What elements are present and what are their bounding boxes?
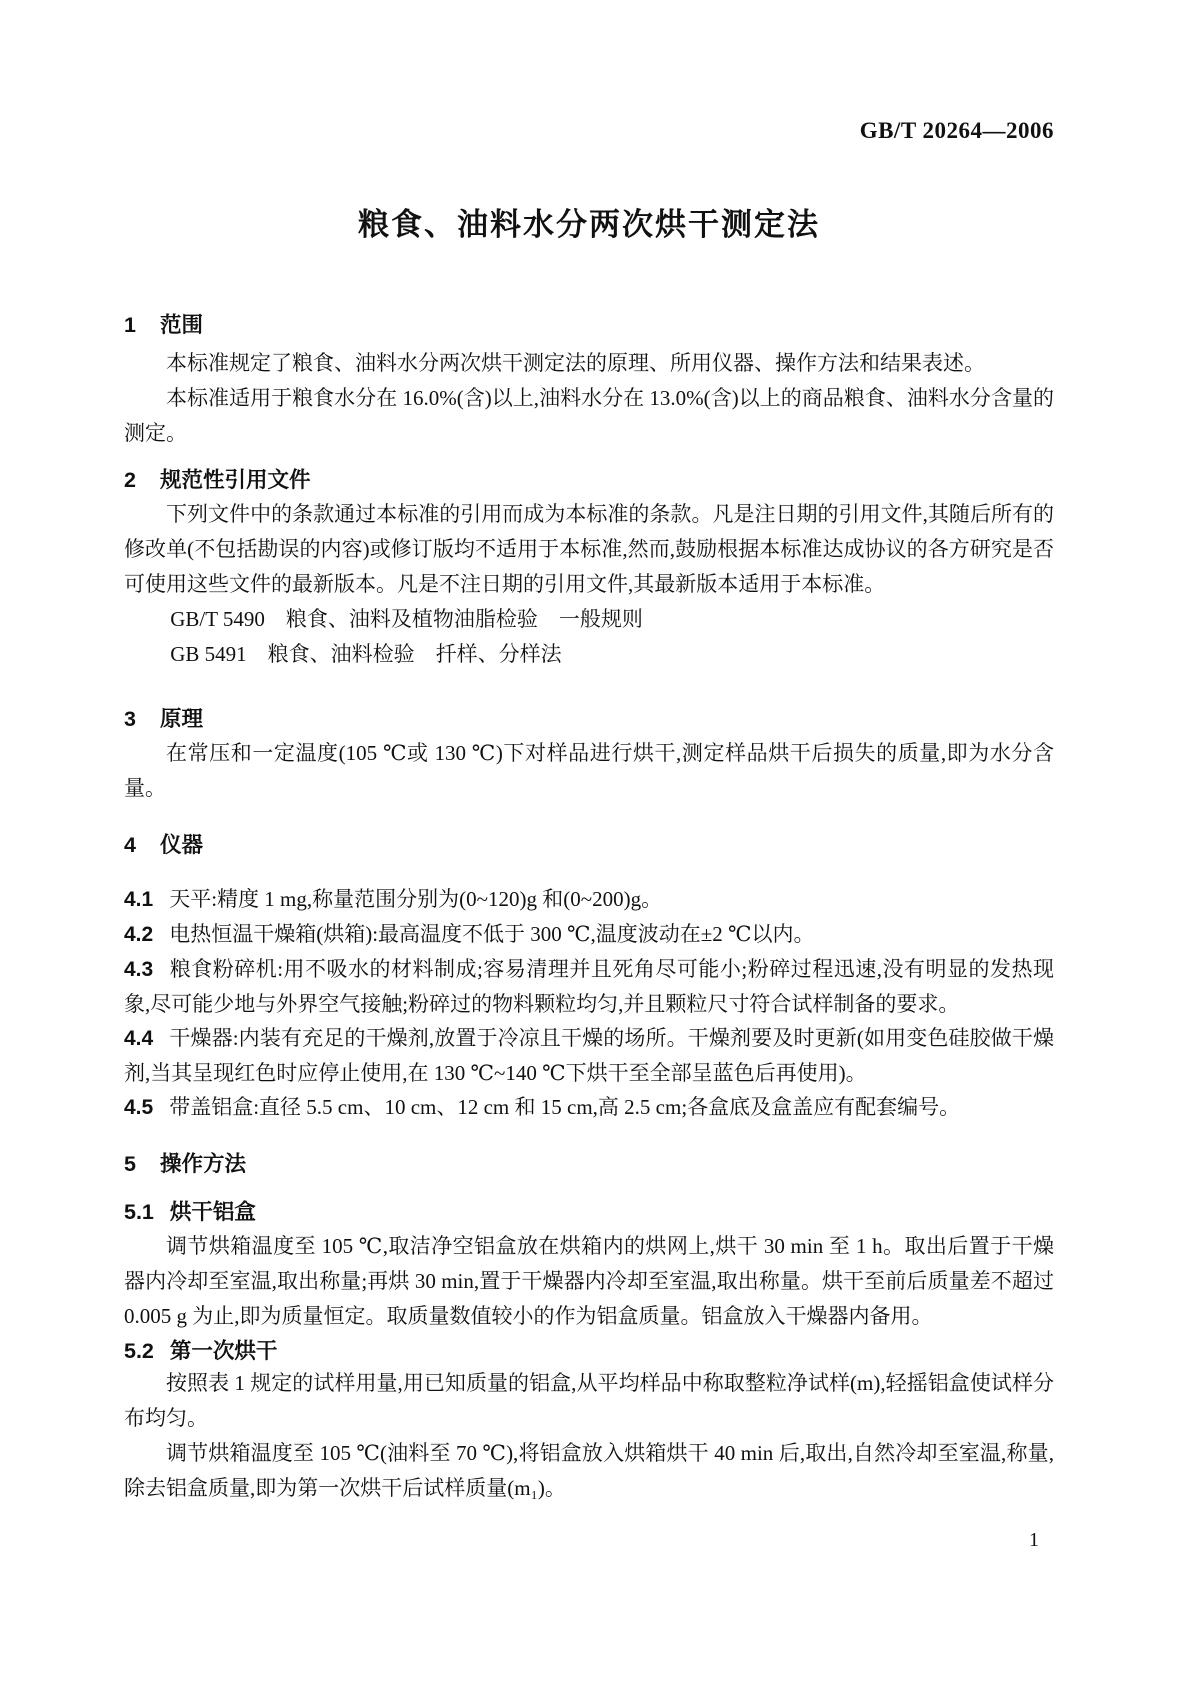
clause-4-4-text: 干燥器:内装有充足的干燥剂,放置于冷凉且干燥的场所。干燥剂要及时更新(如用变色硅… [124,1026,1054,1085]
clause-4-4: 4.4干燥器:内装有充足的干燥剂,放置于冷凉且干燥的场所。干燥剂要及时更新(如用… [124,1021,1054,1090]
clause-4-4-number: 4.4 [124,1027,153,1050]
section-1-number: 1 [124,310,138,340]
section-5-heading: 5操作方法 [124,1149,1054,1179]
subsection-5-2-paragraph-2: 调节烘箱温度至 105 ℃(油料至 70 ℃),将铝盒放入烘箱烘干 40 min… [124,1436,1054,1506]
clause-4-5: 4.5带盖铝盒:直径 5.5 cm、10 cm、12 cm 和 15 cm,高 … [124,1090,1054,1125]
clause-4-1-number: 4.1 [124,888,153,911]
section-3-number: 3 [124,704,138,734]
reference-item-1: GB/T 5490 粮食、油料及植物油脂检验 一般规则 [124,602,1054,637]
section-4-title: 仪器 [160,833,203,857]
clause-4-2-text: 电热恒温干燥箱(烘箱):最高温度不低于 300 ℃,温度波动在±2 ℃以内。 [169,922,814,946]
section-4-number: 4 [124,830,138,860]
section-1-paragraph-2: 本标准适用于粮食水分在 16.0%(含)以上,油料水分在 13.0%(含)以上的… [124,381,1054,451]
section-2-heading: 2规范性引用文件 [124,465,1054,495]
subsection-5-1-heading: 5.1烘干铝盒 [124,1197,1054,1227]
section-5-title: 操作方法 [160,1152,246,1176]
page-content: GB/T 20264—2006 粮食、油料水分两次烘干测定法 1范围 本标准规定… [124,0,1054,1506]
section-1-heading: 1范围 [124,310,1054,340]
subsection-5-2-heading: 5.2第一次烘干 [124,1336,1054,1366]
section-2-title: 规范性引用文件 [160,468,311,492]
standard-code: GB/T 20264—2006 [124,0,1054,146]
subsection-5-2-paragraph-1: 按照表 1 规定的试样用量,用已知质量的铝盒,从平均样品中称取整粒净试样(m),… [124,1366,1054,1436]
clause-4-3-number: 4.3 [124,958,153,981]
section-3-title: 原理 [160,707,203,731]
section-2-paragraph-1: 下列文件中的条款通过本标准的引用而成为本标准的条款。凡是注日期的引用文件,其随后… [124,497,1054,602]
clause-4-5-number: 4.5 [124,1096,153,1119]
document-title: 粮食、油料水分两次烘干测定法 [124,202,1054,248]
section-5-number: 5 [124,1149,138,1179]
subsection-5-1-number: 5.1 [124,1197,154,1227]
clause-4-2: 4.2电热恒温干燥箱(烘箱):最高温度不低于 300 ℃,温度波动在±2 ℃以内… [124,917,1054,952]
document-page: GB/T 20264—2006 粮食、油料水分两次烘干测定法 1范围 本标准规定… [0,0,1191,1684]
section-1-title: 范围 [160,313,203,337]
clause-4-1: 4.1天平:精度 1 mg,称量范围分别为(0~120)g 和(0~200)g。 [124,882,1054,917]
reference-item-2: GB 5491 粮食、油料检验 扦样、分样法 [124,637,1054,672]
subsection-5-2-title: 第一次烘干 [170,1339,278,1363]
clause-4-3-text: 粮食粉碎机:用不吸水的材料制成;容易清理并且死角尽可能小;粉碎过程迅速,没有明显… [124,957,1054,1016]
section-3-heading: 3原理 [124,704,1054,734]
clause-4-3: 4.3粮食粉碎机:用不吸水的材料制成;容易清理并且死角尽可能小;粉碎过程迅速,没… [124,952,1054,1021]
section-3-paragraph-1: 在常压和一定温度(105 ℃或 130 ℃)下对样品进行烘干,测定样品烘干后损失… [124,736,1054,806]
section-4-heading: 4仪器 [124,830,1054,860]
clause-4-1-text: 天平:精度 1 mg,称量范围分别为(0~120)g 和(0~200)g。 [169,887,662,911]
section-1-paragraph-1: 本标准规定了粮食、油料水分两次烘干测定法的原理、所用仪器、操作方法和结果表述。 [124,346,1054,381]
clause-4-2-number: 4.2 [124,923,153,946]
page-number: 1 [1029,1528,1039,1552]
subsection-5-1-title: 烘干铝盒 [170,1200,256,1224]
subsection-5-2-number: 5.2 [124,1336,154,1366]
subsection-5-1-paragraph-1: 调节烘箱温度至 105 ℃,取洁净空铝盒放在烘箱内的烘网上,烘干 30 min … [124,1229,1054,1334]
clause-4-5-text: 带盖铝盒:直径 5.5 cm、10 cm、12 cm 和 15 cm,高 2.5… [169,1095,960,1119]
section-2-number: 2 [124,465,138,495]
